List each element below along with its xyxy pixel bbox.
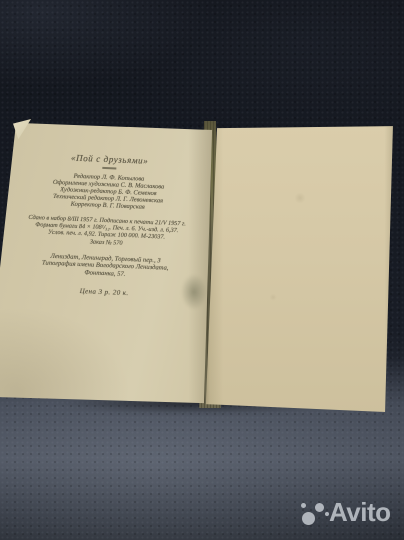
right-blank-page [204,122,396,414]
credits-block: Редактор Л. Ф. Копылова Оформление худож… [8,170,209,213]
avito-wordmark: Avito [329,497,391,527]
listing-photo: «Пой с друзьями» Редактор Л. Ф. Копылова… [0,0,404,540]
imprint-block: Сдано в набор 8/III 1957 г. Подписано к … [6,213,207,250]
avito-logo-circle-small [301,503,306,508]
avito-logo-circle-medium [315,503,324,512]
publisher-block: Лениздат, Ленинград, Торговый пер., 3 Ти… [5,251,206,282]
title-rule [102,167,116,170]
avito-logo-circle-large [302,512,315,525]
colophon-text-block: «Пой с друзьями» Редактор Л. Ф. Копылова… [4,150,210,300]
avito-watermark: Avito [296,498,402,532]
